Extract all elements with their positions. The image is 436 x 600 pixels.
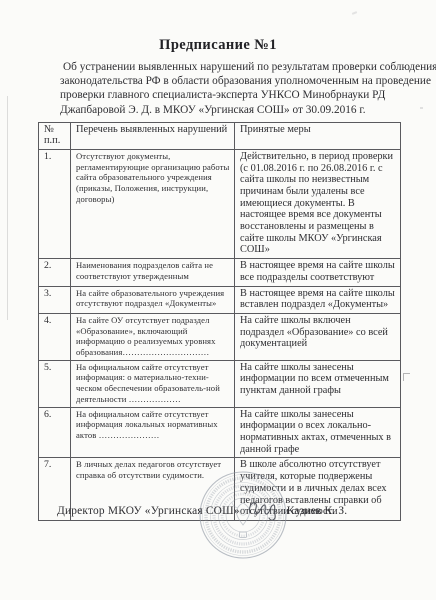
measure-cell: В настоящее время на сайте школы все под… xyxy=(235,259,401,286)
document-title: Предписание №1 xyxy=(0,0,436,54)
table-header-row: № п.п. Перечень выявленных нарушений При… xyxy=(39,122,401,149)
col-header-number: № п.п. xyxy=(39,122,71,149)
measure-cell: На сайте школы занесены информации о все… xyxy=(235,407,401,458)
row-number: 4. xyxy=(39,313,71,360)
violation-cell: Наименования подразделов сайта не соотве… xyxy=(71,259,235,286)
col-header-measures: Принятые меры xyxy=(235,122,401,149)
row-number: 5. xyxy=(39,360,71,407)
violation-cell: На официальном сайте отсутствует информа… xyxy=(71,360,235,407)
signature-name: Казиев К. З. xyxy=(287,505,348,517)
measure-cell: В настоящее время на сайте школы вставле… xyxy=(235,286,401,313)
scan-speck xyxy=(403,373,410,381)
table-row: 1. Отсутствуют документы, регламентирующ… xyxy=(39,149,401,258)
table-row: 6. На официальном сайте отсутствует инфо… xyxy=(39,407,401,458)
col-header-violations: Перечень выявленных нарушений xyxy=(71,122,235,149)
intro-line: Джапбаровой Э. Д. в МКОУ «Ургинская СОШ»… xyxy=(60,103,416,117)
measure-cell: Действительно, в период проверки (с 01.0… xyxy=(235,149,401,258)
document-intro: Об устранении выявленных нарушений по ре… xyxy=(60,60,416,117)
intro-line: Об устранении выявленных нарушений по ре… xyxy=(60,60,416,74)
row-number: 2. xyxy=(39,259,71,286)
measure-cell: На сайте школы занесены информации по вс… xyxy=(235,360,401,407)
scan-edge-line xyxy=(7,96,8,320)
violation-cell: Отсутствуют документы, регламентирующие … xyxy=(71,149,235,258)
table-row: 4. На сайте ОУ отсутствует подраздел «Об… xyxy=(39,313,401,360)
measure-cell: На сайте школы включен подраздел «Образо… xyxy=(235,313,401,360)
table-row: 3. На сайте образовательного учреждения … xyxy=(39,286,401,313)
row-number: 6. xyxy=(39,407,71,458)
document-page: Предписание №1 Об устранении выявленных … xyxy=(0,0,436,600)
scan-speck xyxy=(420,107,423,109)
intro-line: законодательства РФ в области образовани… xyxy=(60,74,416,88)
table-row: 5. На официальном сайте отсутствует инфо… xyxy=(39,360,401,407)
handwritten-signature-icon xyxy=(244,497,286,523)
intro-line: проверки главного специалиста-эксперта У… xyxy=(60,88,416,102)
violation-cell: На сайте образовательного учреждения отс… xyxy=(71,286,235,313)
row-number: 3. xyxy=(39,286,71,313)
violation-cell: На официальном сайте отсутствует информа… xyxy=(71,407,235,458)
row-number: 1. xyxy=(39,149,71,258)
violation-cell: На сайте ОУ отсутствует подраздел «Образ… xyxy=(71,313,235,360)
violations-table: № п.п. Перечень выявленных нарушений При… xyxy=(38,122,401,521)
table-row: 2. Наименования подразделов сайта не соо… xyxy=(39,259,401,286)
signature-block: Директор МКОУ «Ургинская СОШ» Казиев К. … xyxy=(57,498,347,524)
signature-role: Директор МКОУ «Ургинская СОШ» xyxy=(57,505,240,517)
